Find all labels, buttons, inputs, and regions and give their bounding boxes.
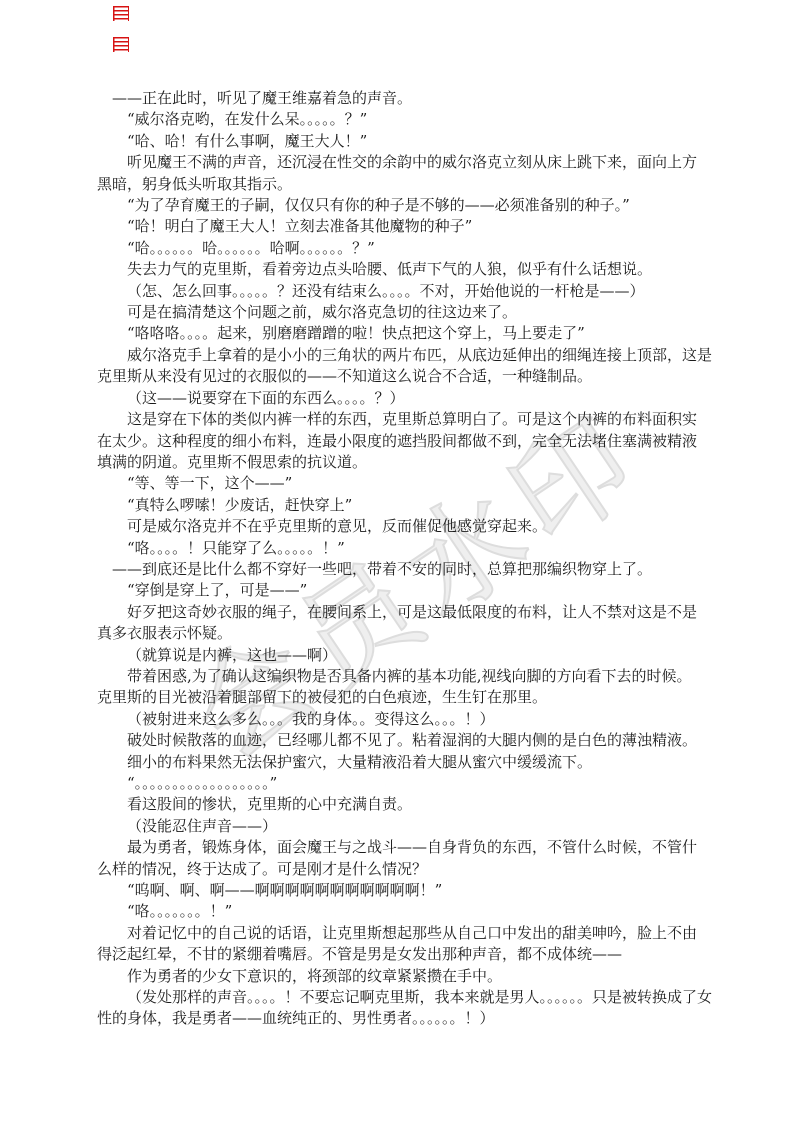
text-line: 可是在搞清楚这个问题之前，威尔洛克急切的往这边来了。 bbox=[97, 302, 713, 323]
text-line: 真多衣服表示怀疑。 bbox=[97, 623, 713, 644]
text-line: 性的身体，我是勇者——血统纯正的、男性勇者。。。。。。！） bbox=[97, 1008, 713, 1029]
text-line: 填满的阴道。克里斯不假思索的抗议道。 bbox=[97, 452, 713, 473]
text-line: 带着困惑,为了确认这编织物是否具备内裤的基本功能,视线向脚的方向看下去的时候。 bbox=[97, 666, 713, 687]
text-line: （没能忍住声音——） bbox=[97, 816, 713, 837]
text-line: “咯。。。。！只能穿了么。。。。。！” bbox=[97, 538, 713, 559]
text-line: 细小的布料果然无法保护蜜穴，大量精液沿着大腿从蜜穴中缓缓流下。 bbox=[97, 752, 713, 773]
text-line: “呜啊、啊、啊——啊啊啊啊啊啊啊啊啊啊啊！” bbox=[97, 880, 713, 901]
text-line: 这是穿在下体的类似内裤一样的东西，克里斯总算明白了。可是这个内裤的布料面积实 bbox=[97, 409, 713, 430]
text-line: 克里斯从来没有见过的衣服似的——不知道这么说合不合适，一种缝制品。 bbox=[97, 366, 713, 387]
text-line: 在太少。这种程度的细小布料，连最小限度的遮挡股间都做不到，完全无法堵住塞满被精液 bbox=[97, 431, 713, 452]
text-line: ——到底还是比什么都不穿好一些吧，带着不安的同时，总算把那编织物穿上了。 bbox=[97, 559, 713, 580]
text-line: “。。。。。。。。。。。。。。。。。。” bbox=[97, 773, 713, 794]
text-line: （怎、怎么回事。。。。。？还没有结束么。。。。不对，开始他说的一杆枪是——） bbox=[97, 281, 713, 302]
text-column: ——正在此时，听见了魔王维嘉着急的声音。“威尔洛克哟，在发什么呆。。。。。？”“… bbox=[97, 88, 713, 1030]
text-line: “真特么啰嗦！少废话，赶快穿上” bbox=[97, 495, 713, 516]
text-line: “咯咯咯。。。。起来，别磨磨蹭蹭的啦！快点把这个穿上，马上要走了” bbox=[97, 323, 713, 344]
text-line: “穿倒是穿上了，可是——” bbox=[97, 580, 713, 601]
text-line: 可是威尔洛克并不在乎克里斯的意见，反而催促他感觉穿起来。 bbox=[97, 516, 713, 537]
text-line: “哈！明白了魔王大人！立刻去准备其他魔物的种子” bbox=[97, 216, 713, 237]
text-line: ——正在此时，听见了魔王维嘉着急的声音。 bbox=[97, 88, 713, 109]
text-line: “哈。。。。。。哈。。。。。。哈啊。。。。。。？” bbox=[97, 238, 713, 259]
text-line: 威尔洛克手上拿着的是小小的三角状的两片布匹，从底边延伸出的细绳连接上顶部，这是 bbox=[97, 345, 713, 366]
text-line: 对着记忆中的自己说的话语，让克里斯想起那些从自己口中发出的甜美呻吟，脸上不由 bbox=[97, 923, 713, 944]
red-stamp-icon bbox=[113, 6, 129, 21]
text-line: （这——说要穿在下面的东西么。。。。？） bbox=[97, 388, 713, 409]
text-line: 作为勇者的少女下意识的，将颈部的纹章紧紧攒在手中。 bbox=[97, 966, 713, 987]
text-line: “威尔洛克哟，在发什么呆。。。。。？” bbox=[97, 109, 713, 130]
text-line: “哈、哈！有什么事啊，魔王大人！” bbox=[97, 131, 713, 152]
text-line: （被射进来这么多么。。。我的身体。。变得这么。。。！） bbox=[97, 709, 713, 730]
text-line: 得泛起红晕，不甘的紧绷着嘴唇。不管是男是女发出那种声音，都不成体统—— bbox=[97, 944, 713, 965]
text-line: “为了孕育魔王的子嗣，仅仅只有你的种子是不够的——必须准备别的种子。” bbox=[97, 195, 713, 216]
text-line: “等、等一下，这个——” bbox=[97, 473, 713, 494]
document-page: 会员水印 ——正在此时，听见了魔王维嘉着急的声音。“威尔洛克哟，在发什么呆。。。… bbox=[0, 0, 793, 1122]
red-stamp-icon bbox=[113, 37, 129, 52]
text-line: 听见魔王不满的声音，还沉浸在性交的余韵中的威尔洛克立刻从床上跳下来，面向上方 bbox=[97, 152, 713, 173]
text-line: 好歹把这奇妙衣服的绳子，在腰间系上，可是这最低限度的布料，让人不禁对这是不是 bbox=[97, 602, 713, 623]
text-line: 黑暗，躬身低头听取其指示。 bbox=[97, 174, 713, 195]
text-line: 看这股间的惨状，克里斯的心中充满自责。 bbox=[97, 794, 713, 815]
text-line: 破处时候散落的血迹，已经哪儿都不见了。粘着湿润的大腿内侧的是白色的薄浊精液。 bbox=[97, 730, 713, 751]
text-line: “咯。。。。。。。！” bbox=[97, 901, 713, 922]
text-line: （发处那样的声音。。。。！不要忘记啊克里斯，我本来就是男人。。。。。。只是被转换… bbox=[97, 987, 713, 1008]
text-line: 么样的情况，终于达成了。可是刚才是什么情况？ bbox=[97, 859, 713, 880]
text-line: 克里斯的目光被沿着腿部留下的被侵犯的白色痕迹，生生钉在那里。 bbox=[97, 687, 713, 708]
text-line: 失去力气的克里斯，看着旁边点头哈腰、低声下气的人狼，似乎有什么话想说。 bbox=[97, 259, 713, 280]
text-line: （就算说是内裤，这也——啊） bbox=[97, 645, 713, 666]
text-line: 最为勇者，锻炼身体，面会魔王与之战斗——自身背负的东西，不管什么时候，不管什 bbox=[97, 837, 713, 858]
